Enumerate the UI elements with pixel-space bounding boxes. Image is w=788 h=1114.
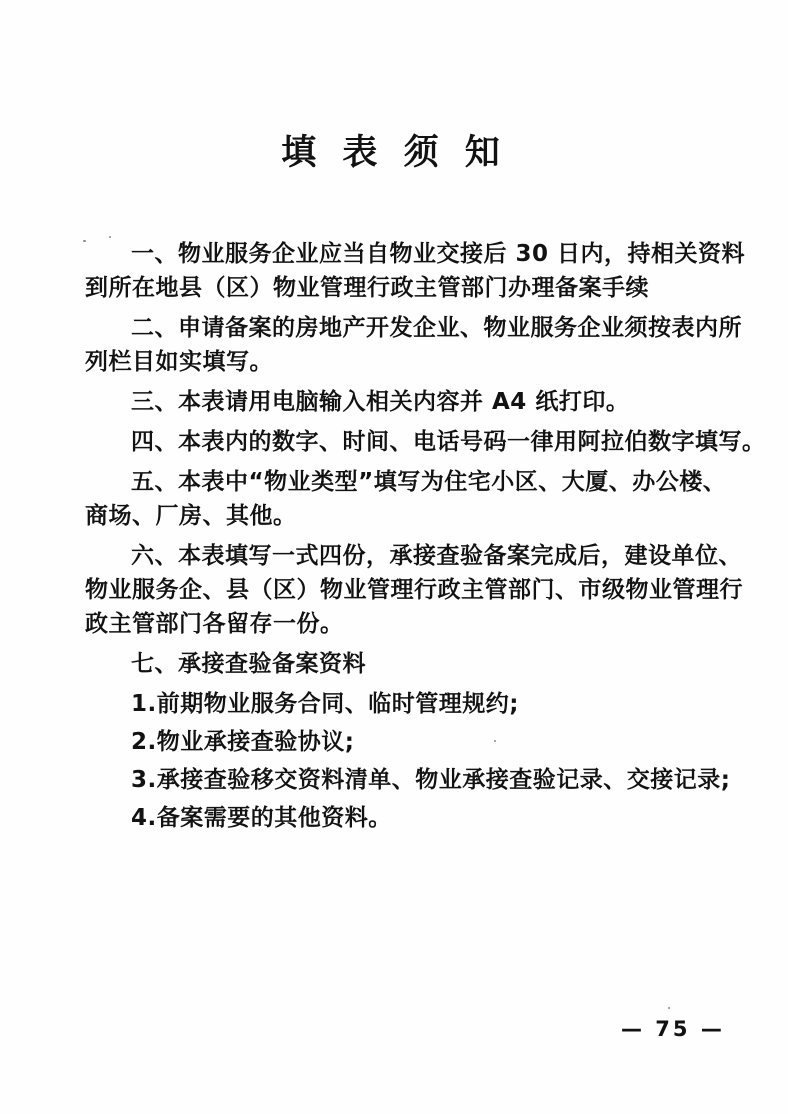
- text-line: 六、本表填写一式四份，承接查验备案完成后，建设单位、: [85, 539, 745, 573]
- text-line: 政主管部门各留存一份。: [85, 607, 745, 641]
- list-item-1: 1.前期物业服务合同、临时管理规约;: [85, 687, 745, 721]
- paragraph-7: 七、承接查验备案资料: [85, 647, 745, 681]
- paragraph-1: 一、物业服务企业应当自物业交接后 30 日内，持相关资料 到所在地县（区）物业管…: [85, 237, 745, 305]
- text-line: 物业服务企、县（区）物业管理行政主管部门、市级物业管理行: [85, 573, 745, 607]
- text-line: 到所在地县（区）物业管理行政主管部门办理备案手续: [85, 271, 745, 305]
- paragraph-5: 五、本表中“物业类型”填写为住宅小区、大厦、办公楼、 商场、厂房、其他。: [85, 465, 745, 533]
- page-number: — 75 —: [621, 1016, 725, 1042]
- text-line: 商场、厂房、其他。: [85, 499, 745, 533]
- text-line: 列栏目如实填写。: [85, 345, 745, 379]
- scan-speck: [668, 1007, 670, 1009]
- paragraph-6: 六、本表填写一式四份，承接查验备案完成后，建设单位、 物业服务企、县（区）物业管…: [85, 539, 745, 641]
- document-body: 一、物业服务企业应当自物业交接后 30 日内，持相关资料 到所在地县（区）物业管…: [85, 237, 745, 839]
- paragraph-3: 三、本表请用电脑输入相关内容并 A4 纸打印。: [85, 385, 745, 419]
- document-page: 填 表 须 知 一、物业服务企业应当自物业交接后 30 日内，持相关资料 到所在…: [0, 0, 788, 1114]
- text-line: 五、本表中“物业类型”填写为住宅小区、大厦、办公楼、: [85, 465, 745, 499]
- text-line: 三、本表请用电脑输入相关内容并 A4 纸打印。: [85, 385, 745, 419]
- text-line: 七、承接查验备案资料: [85, 647, 745, 681]
- paragraph-4: 四、本表内的数字、时间、电话号码一律用阿拉伯数字填写。: [85, 425, 745, 459]
- scan-speck: [109, 236, 111, 238]
- paragraph-2: 二、申请备案的房地产开发企业、物业服务企业须按表内所 列栏目如实填写。: [85, 311, 745, 379]
- text-line: 四、本表内的数字、时间、电话号码一律用阿拉伯数字填写。: [85, 425, 745, 459]
- page-title: 填 表 须 知: [0, 132, 788, 174]
- list-item-2: 2.物业承接查验协议;: [85, 725, 745, 759]
- text-line: 一、物业服务企业应当自物业交接后 30 日内，持相关资料: [85, 237, 745, 271]
- list-item-4: 4.备案需要的其他资料。: [85, 801, 745, 835]
- scan-speck: [83, 240, 86, 242]
- text-line: 二、申请备案的房地产开发企业、物业服务企业须按表内所: [85, 311, 745, 345]
- scan-speck: [494, 740, 496, 742]
- list-item-3: 3.承接查验移交资料清单、物业承接查验记录、交接记录;: [85, 763, 745, 797]
